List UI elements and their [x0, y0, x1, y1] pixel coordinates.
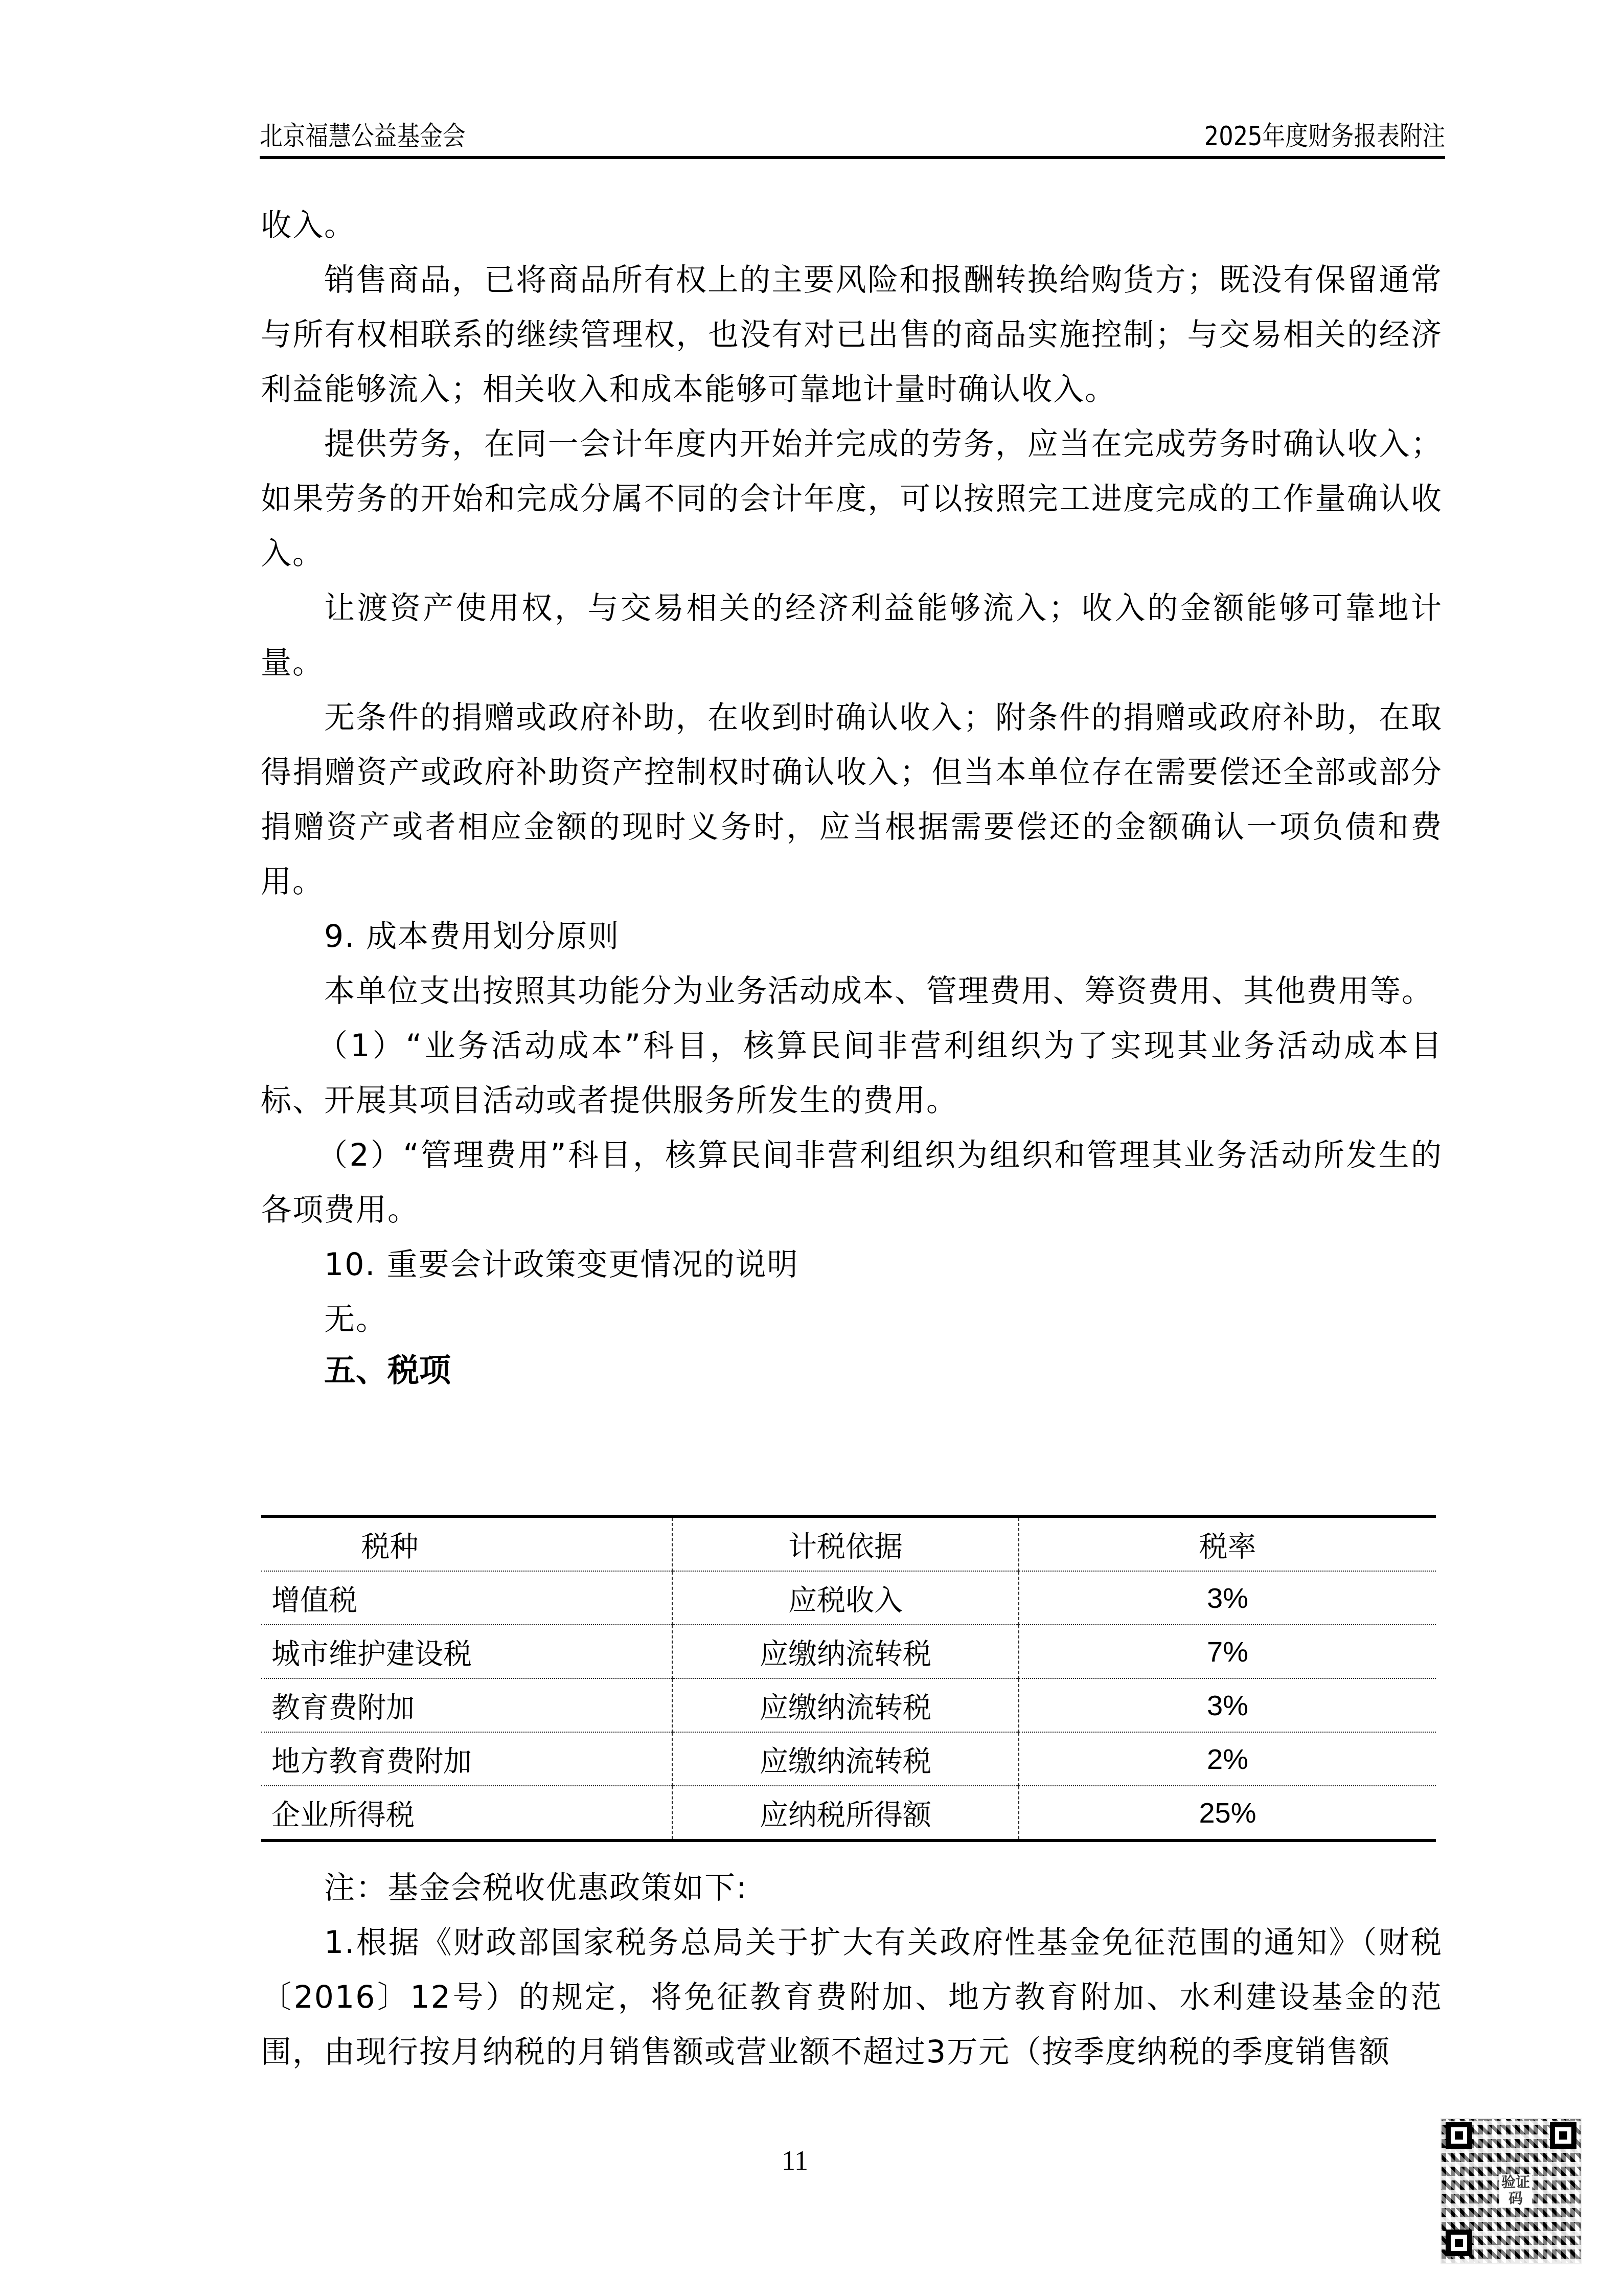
cell-tax-type: 企业所得税 — [261, 1786, 672, 1840]
table-row: 城市维护建设税 应缴纳流转税 7% — [261, 1625, 1436, 1678]
tax-notes: 注：基金会税收优惠政策如下: 1.根据《财政部国家税务总局关于扩大有关政府性基金… — [261, 1861, 1443, 2080]
table-row: 增值税 应税收入 3% — [261, 1571, 1436, 1625]
subheading-cost-allocation: 9. 成本费用划分原则 — [261, 910, 1443, 964]
qr-finder-pattern — [1446, 2230, 1472, 2256]
cell-tax-type: 增值税 — [261, 1571, 672, 1625]
page-number: 11 — [767, 2145, 823, 2176]
cell-tax-basis: 应纳税所得额 — [672, 1786, 1019, 1840]
paragraph-expense-classification: 本单位支出按照其功能分为业务活动成本、管理费用、筹资费用、其他费用等。 — [261, 964, 1443, 1019]
notes-title: 注：基金会税收优惠政策如下: — [261, 1861, 1443, 1916]
cell-tax-type: 城市维护建设税 — [261, 1625, 672, 1678]
body-text: 收入。 销售商品，已将商品所有权上的主要风险和报酬转换给购货方；既没有保留通常与… — [261, 198, 1443, 1394]
cell-tax-basis: 应缴纳流转税 — [672, 1732, 1019, 1786]
table-header-row: 税种 计税依据 税率 — [261, 1516, 1436, 1571]
cell-tax-rate: 25% — [1019, 1786, 1436, 1840]
qr-finder-pattern — [1446, 2122, 1472, 2149]
paragraph-management-expense: （2）“管理费用”科目，核算民间非营利组织为组织和管理其业务活动所发生的各项费用… — [261, 1128, 1443, 1238]
cell-tax-basis: 应缴纳流转税 — [672, 1678, 1019, 1732]
table-row: 企业所得税 应纳税所得额 25% — [261, 1786, 1436, 1840]
cell-tax-rate: 2% — [1019, 1732, 1436, 1786]
cell-tax-rate: 3% — [1019, 1571, 1436, 1625]
cell-tax-basis: 应缴纳流转税 — [672, 1625, 1019, 1678]
column-header-tax-rate: 税率 — [1019, 1516, 1436, 1571]
paragraph-none: 无。 — [261, 1292, 1443, 1347]
cell-tax-rate: 3% — [1019, 1678, 1436, 1732]
table-row: 教育费附加 应缴纳流转税 3% — [261, 1678, 1436, 1732]
qr-finder-pattern — [1550, 2122, 1576, 2149]
note-item: 1.根据《财政部国家税务总局关于扩大有关政府性基金免征范围的通知》（财税〔201… — [261, 1916, 1443, 2080]
section-heading-taxes: 五、税项 — [261, 1347, 1443, 1394]
paragraph-revenue-tail: 收入。 — [261, 198, 1443, 253]
cell-tax-basis: 应税收入 — [672, 1571, 1019, 1625]
verification-qr-code-icon[interactable]: 验证码 — [1441, 2118, 1582, 2264]
qr-label: 验证码 — [1499, 2174, 1532, 2207]
paragraph-donations: 无条件的捐赠或政府补助，在收到时确认收入；附条件的捐赠或政府补助，在取得捐赠资产… — [261, 691, 1443, 910]
subheading-policy-changes: 10. 重要会计政策变更情况的说明 — [261, 1238, 1443, 1292]
page-header: 北京福慧公益基金会 2025年度财务报表附注 — [260, 110, 1445, 159]
column-header-tax-basis: 计税依据 — [672, 1516, 1019, 1571]
table-row: 地方教育费附加 应缴纳流转税 2% — [261, 1732, 1436, 1786]
paragraph-sale-of-goods: 销售商品，已将商品所有权上的主要风险和报酬转换给购货方；既没有保留通常与所有权相… — [261, 253, 1443, 417]
header-document-title: 2025年度财务报表附注 — [1204, 121, 1445, 152]
paragraph-business-activity-cost: （1）“业务活动成本”科目，核算民间非营利组织为了实现其业务活动成本目标、开展其… — [261, 1019, 1443, 1128]
cell-tax-type: 教育费附加 — [261, 1678, 672, 1732]
paragraph-asset-use-rights: 让渡资产使用权，与交易相关的经济利益能够流入；收入的金额能够可靠地计量。 — [261, 581, 1443, 691]
cell-tax-type: 地方教育费附加 — [261, 1732, 672, 1786]
header-organization: 北京福慧公益基金会 — [260, 121, 465, 152]
tax-table: 税种 计税依据 税率 增值税 应税收入 3% 城市维护建设税 应缴纳流转税 7%… — [261, 1515, 1436, 1842]
cell-tax-rate: 7% — [1019, 1625, 1436, 1678]
column-header-tax-type: 税种 — [261, 1516, 672, 1571]
paragraph-services: 提供劳务，在同一会计年度内开始并完成的劳务，应当在完成劳务时确认收入；如果劳务的… — [261, 417, 1443, 581]
